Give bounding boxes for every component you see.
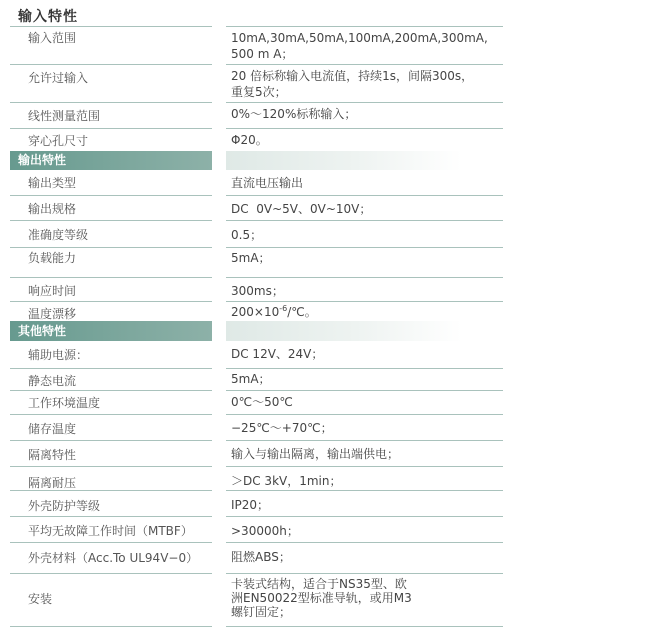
spec-value: 5mA； [231,371,503,387]
spec-label: 输出类型 [28,175,76,191]
spec-label: 安装 [28,591,52,607]
spec-value: 输入与输出隔离，输出端供电； [231,446,503,462]
spec-value: 0℃～50℃ [231,394,503,410]
spec-value: 300ms； [231,283,503,299]
spec-label: 外壳材料（Acc.To UL94V−0） [28,550,198,566]
spec-value: 200×10-6/℃。 [231,304,503,320]
spec-value: 10mA,30mA,50mA,100mA,200mA,300mA, 500 m … [231,30,503,62]
spec-label: 隔离特性 [28,447,76,463]
spec-label: 响应时间 [28,283,76,299]
spec-label: 输出规格 [28,201,76,217]
spec-value: >30000h； [231,523,503,539]
section-header-bar [226,321,462,341]
spec-value: 5mA； [231,250,503,266]
spec-value: DC 12V、24V； [231,346,503,362]
spec-value: 阻燃ABS； [231,549,503,565]
section-header-other: 其他特性 [10,321,212,341]
spec-label: 隔离耐压 [28,475,76,491]
spec-label: 静态电流 [28,373,76,389]
spec-value: 0%～120%标称输入； [231,106,503,122]
spec-label: 允许过输入 [28,70,88,86]
section-header-output: 输出特性 [10,151,212,170]
spec-label: 输入范围 [28,30,76,46]
spec-label: 负载能力 [28,250,76,266]
spec-label: 准确度等级 [28,227,88,243]
spec-value: 0.5； [231,227,503,243]
spec-value: 直流电压输出 [231,175,503,191]
spec-value: IP20； [231,497,503,513]
spec-label: 线性测量范围 [28,108,100,124]
spec-value: 20 倍标称输入电流值，持续1s，间隔300s， 重复5次； [231,68,503,100]
spec-label: 工作环境温度 [28,395,100,411]
spec-label: 平均无故障工作时间（MTBF） [28,523,193,539]
spec-value: −25℃～+70℃； [231,420,503,436]
spec-label: 穿心孔尺寸 [28,133,88,149]
spec-label: 外壳防护等级 [28,498,100,514]
spec-value: 卡装式结构，适合于NS35型、欧 洲EN50022型标准导轨，或用M3 螺钉固定… [231,577,503,619]
section-header-bar [226,151,462,170]
spec-value: DC 0V~5V、0V~10V； [231,201,503,217]
spec-label: 辅助电源： [28,347,88,363]
spec-label: 储存温度 [28,421,76,437]
spec-label: 温度漂移 [28,306,76,322]
spec-value: ＞DC 3kV，1min； [231,473,503,489]
spec-value: Φ20。 [231,132,503,148]
